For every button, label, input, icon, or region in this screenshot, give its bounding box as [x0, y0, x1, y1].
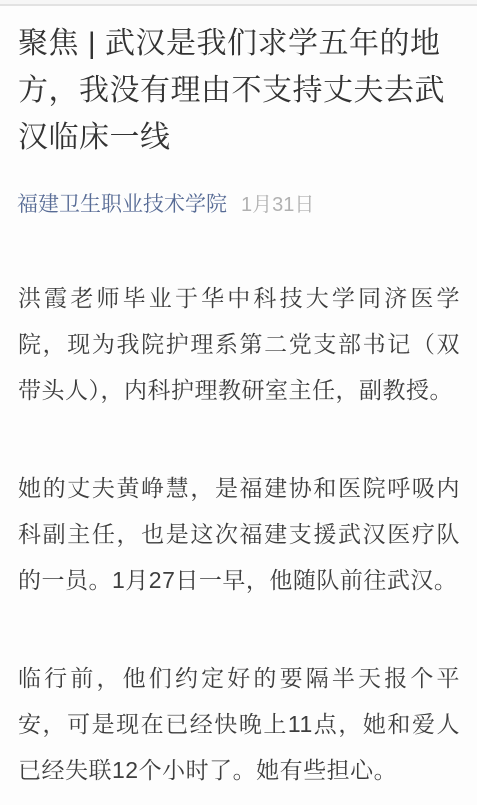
article-paragraph-3: 临行前，他们约定好的要隔半天报个平安，可是现在已经快晚上11点，她和爱人已经失联… [18, 655, 460, 793]
article-title: 聚焦 | 武汉是我们求学五年的地方，我没有理由不支持丈夫去武汉临床一线 [18, 20, 460, 161]
article-page: 聚焦 | 武汉是我们求学五年的地方，我没有理由不支持丈夫去武汉临床一线 福建卫生… [0, 0, 477, 805]
account-name-link[interactable]: 福建卫生职业技术学院 [17, 191, 227, 219]
article-paragraph-1: 洪霞老师毕业于华中科技大学同济医学院，现为我院护理系第二党支部书记（双带头人），… [18, 275, 460, 413]
article-paragraph-2: 她的丈夫黄峥慧，是福建协和医院呼吸内科副主任，也是这次福建支援武汉医疗队的一员。… [18, 465, 460, 603]
article-meta: 福建卫生职业技术学院 1月31日 [17, 191, 460, 219]
publish-date: 1月31日 [241, 191, 314, 219]
top-divider [0, 0, 477, 6]
